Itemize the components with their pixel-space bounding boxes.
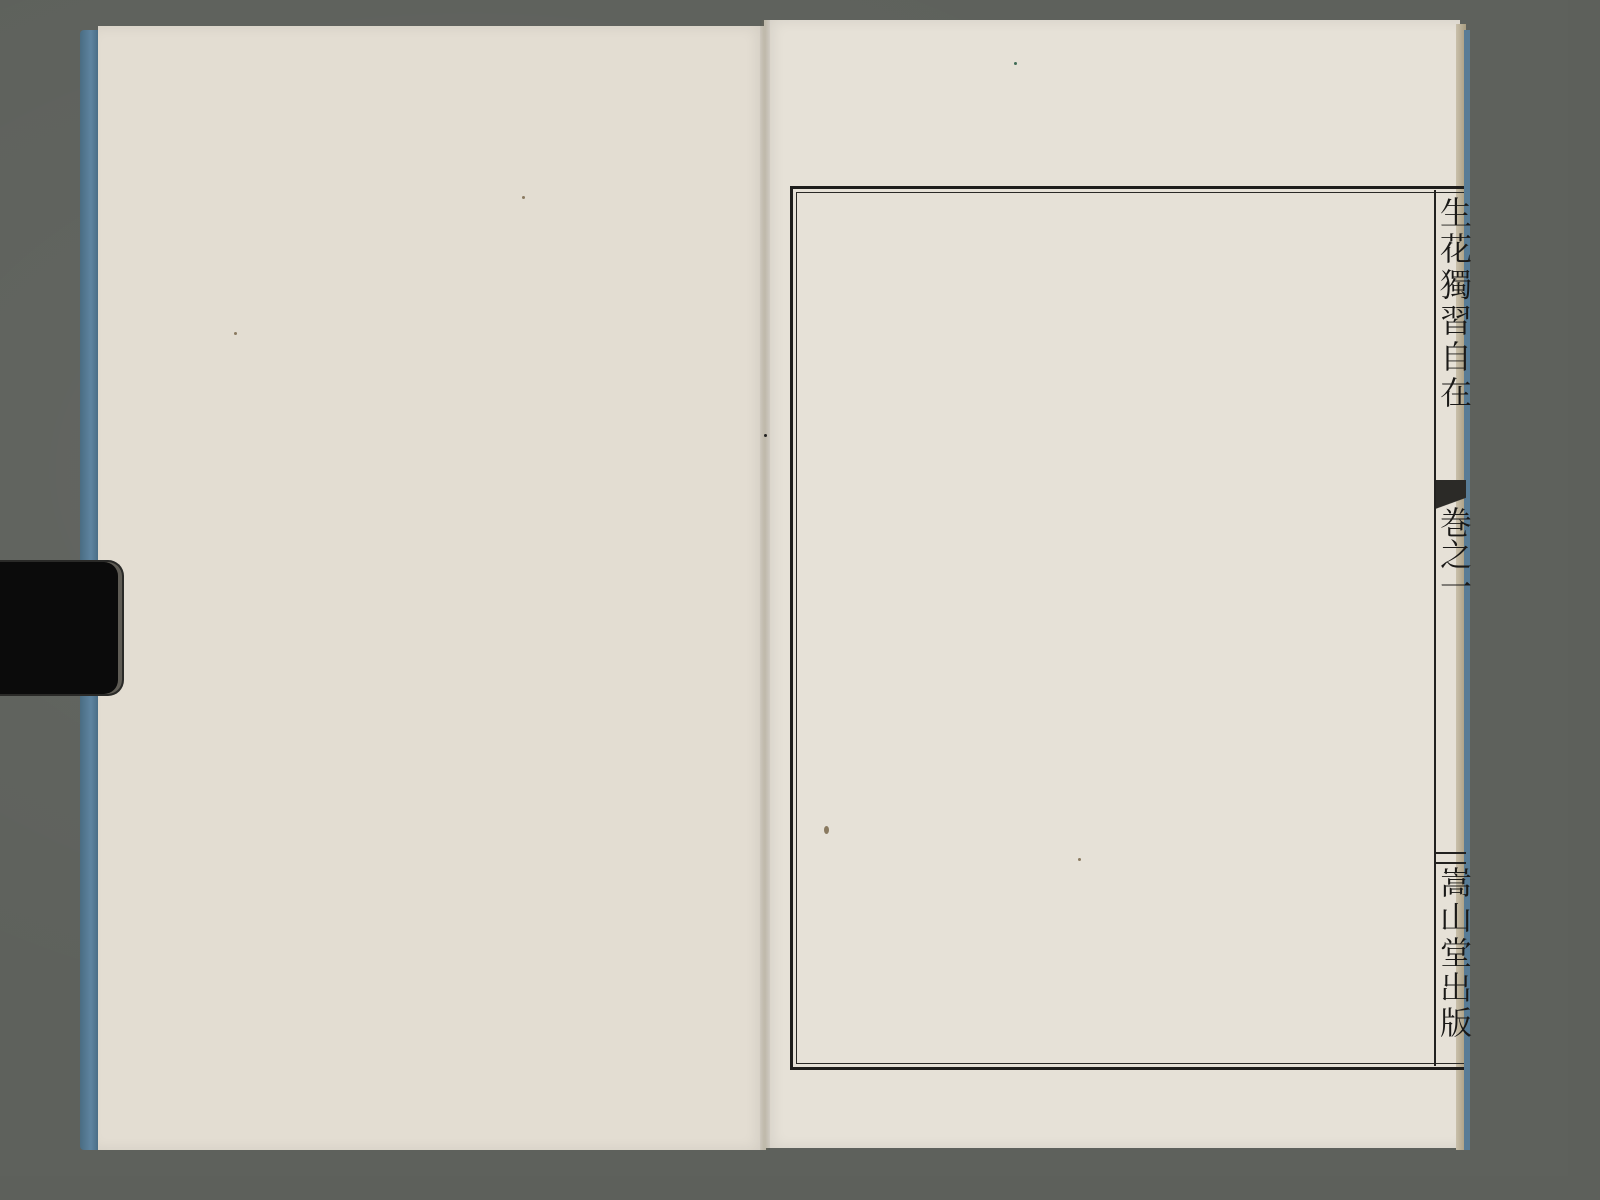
publisher-label: 嵩山堂出版 xyxy=(1440,866,1468,1041)
printed-frame-border xyxy=(790,186,1464,1070)
left-page-blank xyxy=(98,26,766,1150)
publisher-divider xyxy=(1436,852,1466,864)
page-holder-clip xyxy=(0,562,122,694)
paper-speck xyxy=(824,826,829,834)
paper-speck xyxy=(764,434,767,437)
paper-speck xyxy=(1014,62,1017,65)
volume-label: 巻之一 xyxy=(1440,506,1468,602)
paper-speck xyxy=(234,332,237,335)
paper-speck xyxy=(522,196,525,199)
book-title: 生花獨習自在 xyxy=(1440,196,1468,412)
book-gutter xyxy=(760,20,770,1150)
paper-speck xyxy=(1078,858,1081,861)
